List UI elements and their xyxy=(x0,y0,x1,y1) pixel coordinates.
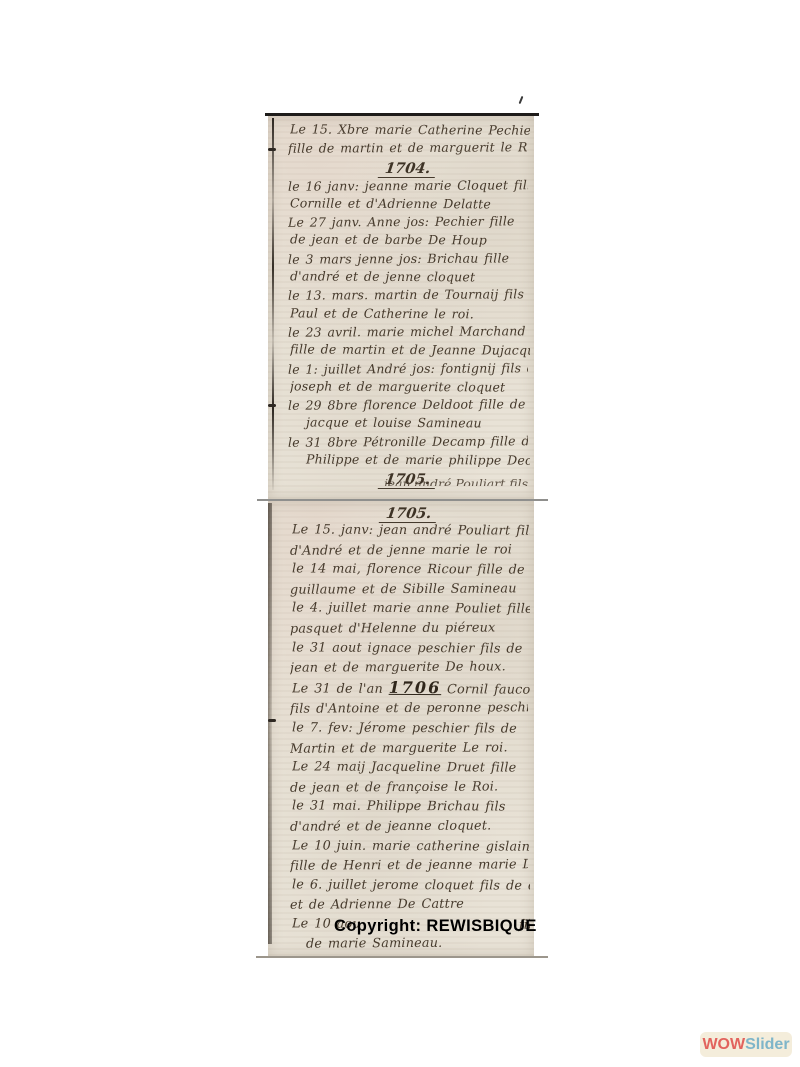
register-page-1704: Le 15. Xbre marie Catherine Pechiers fil… xyxy=(268,116,534,499)
manuscript-line: fille de Henri et de jeanne marie Devoo xyxy=(290,855,528,876)
pen-stroke-mark xyxy=(519,96,524,104)
manuscript-line: le 1: juillet André jos: fontignij fils … xyxy=(288,359,528,379)
wowslider-wow-text: WOW xyxy=(702,1036,745,1054)
manuscript-line: guillaume et de Sibille Samineau xyxy=(290,579,528,600)
manuscript-line: d'André et de jenne marie le roi xyxy=(290,540,528,561)
binding-tick xyxy=(268,404,276,407)
manuscript-line: le 6. juillet jerome cloquet fils de cor… xyxy=(292,875,530,896)
manuscript-line: et de Adrienne De Cattre xyxy=(290,895,528,916)
manuscript-line: Martin et de marguerite Le roi. xyxy=(290,738,528,759)
manuscript-line: le 14 mai, florence Ricour fille de xyxy=(292,560,530,581)
manuscript-line: pasquet d'Helenne du piéreux xyxy=(290,618,528,639)
manuscript-line: le 29 8bre florence Deldoot fille de xyxy=(288,395,528,415)
manuscript-line: le 4. juillet marie anne Pouliet fille xyxy=(292,599,530,620)
manuscript-line: le 3 mars jenne jos: Brichau fille xyxy=(288,249,528,269)
scan-bottom-edge-line xyxy=(256,956,548,958)
manuscript-line: fils d'Antoine et de peronne peschier: xyxy=(290,699,528,720)
gallery-stage: Le 15. Xbre marie Catherine Pechiers fil… xyxy=(0,0,800,1067)
wowslider-badge[interactable]: WOWSlider xyxy=(700,1032,792,1057)
wowslider-slider-text: Slider xyxy=(745,1036,789,1054)
manuscript-line: fille de martin et de marguerit le Roi. xyxy=(288,139,528,159)
manuscript-line: le 31 8bre Pétronille Decamp fille de xyxy=(288,432,528,452)
manuscript-line: d'andré et de jenne cloquet xyxy=(290,267,530,287)
manuscript-line: Le 10 juin. marie catherine gislain xyxy=(292,836,530,857)
manuscript-line: de marie Samineau. xyxy=(290,934,528,955)
manuscript-line: le 23 avril. marie michel Marchand xyxy=(288,322,528,342)
manuscript-line: Le 24 maij Jacqueline Druet fille xyxy=(292,758,530,779)
manuscript-line: fille de martin et de Jeanne Dujacquier xyxy=(290,341,530,361)
manuscript-line: Cornille et d'Adrienne Delatte xyxy=(290,194,530,214)
manuscript-line: de jean et de françoise le Roi. xyxy=(290,777,528,798)
manuscript-line-1706: Le 31 de l'an 1706 Cornil fauconier xyxy=(292,677,530,700)
binding-tick xyxy=(268,719,276,722)
cut-off-line-fragment: jean andré Pouliart fils xyxy=(378,476,528,486)
manuscript-line: le 31 mai. Philippe Brichau fils xyxy=(292,797,530,818)
manuscript-line: jacque et louise Samineau xyxy=(290,414,530,434)
manuscript-line: Le 15. janv: jean andré Pouliart fils xyxy=(292,520,530,541)
copyright-watermark: Copyright: REWISBIQUE xyxy=(334,917,537,936)
manuscript-line: le 16 janv: jeanne marie Cloquet fille d… xyxy=(288,176,528,196)
line-1706-suffix: Cornil fauconier xyxy=(441,682,530,698)
manuscript-line: le 7. fev: Jérome peschier fils de xyxy=(292,718,530,739)
binding-edge-line xyxy=(272,118,274,490)
manuscript-line: joseph et de marguerite cloquet xyxy=(290,377,530,397)
binding-edge-shadow xyxy=(268,503,272,944)
manuscript-line: Le 27 janv. Anne jos: Pechier fille xyxy=(288,212,528,232)
register-page-1705-1706: 1705. Le 15. janv: jean andré Pouliart f… xyxy=(268,501,534,956)
manuscript-line: Le 15. Xbre marie Catherine Pechiers xyxy=(290,120,530,140)
year-heading-row: 1704. xyxy=(288,158,528,177)
manuscript-line: le 31 aout ignace peschier fils de xyxy=(292,638,530,659)
manuscript-line: d'andré et de jeanne cloquet. xyxy=(290,816,528,837)
manuscript-line: de jean et de barbe De Houp xyxy=(290,231,530,251)
year-heading-row: 1705. xyxy=(290,503,528,521)
manuscript-line: le 13. mars. martin de Tournaij fils de xyxy=(288,286,528,306)
line-1706-prefix: Le 31 de l'an xyxy=(292,681,389,697)
manuscript-line: jean et de marguerite De houx. xyxy=(290,657,528,678)
year-1706-underlined: 1706 xyxy=(389,678,442,697)
manuscript-line: Paul et de Catherine le roi. xyxy=(290,304,530,324)
binding-tick xyxy=(268,148,276,151)
manuscript-photo: Le 15. Xbre marie Catherine Pechiers fil… xyxy=(252,92,548,972)
year-heading-row: 1705. jean andré Pouliart fils xyxy=(288,469,528,488)
year-heading-1704: 1704. xyxy=(378,160,438,178)
manuscript-line: Philippe et de marie philippe Decamps. xyxy=(290,450,530,470)
